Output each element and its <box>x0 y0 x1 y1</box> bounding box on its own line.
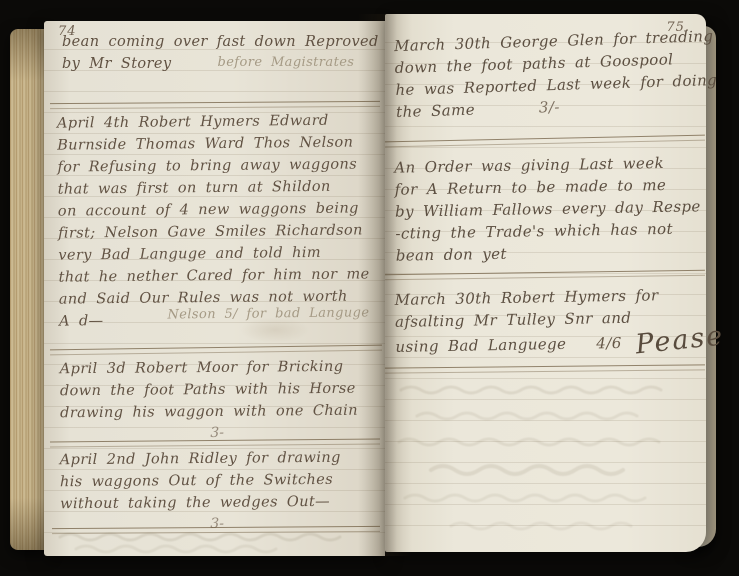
handwritten-line: using Bad Languege4/6Pease <box>395 327 724 355</box>
show-through-writing <box>391 378 701 548</box>
handwritten-line: his waggons Out of the Switches <box>60 469 341 493</box>
fine-amount: 4/6 <box>596 334 622 352</box>
handwritten-line: without taking the wedges Out— <box>60 491 341 515</box>
handwritten-line: bean coming over fast down Reproved <box>62 31 379 53</box>
handwritten-line: for Refusing to bring away waggons <box>57 153 368 178</box>
signature: Pease <box>635 325 726 356</box>
journal-page-75: 75. March 30th George Glen for treading … <box>385 14 706 552</box>
handwritten-line: that he nether Cared for him nor me <box>58 263 369 288</box>
handwritten-line: on account of 4 new waggons being <box>58 197 369 222</box>
journal-entry: March 30th Robert Hymers for afsalting M… <box>394 283 724 355</box>
handwritten-line: April 4th Robert Hymers Edward <box>57 109 368 134</box>
journal-page-74: 74 bean coming over fast down Reproved b… <box>44 21 385 556</box>
handwritten-line: April 3d Robert Moor for Bricking <box>60 356 358 381</box>
journal-entry: April 2nd John Ridley for drawing his wa… <box>60 447 342 535</box>
handwritten-line: by Mr Storeybefore Magistrates <box>62 53 379 75</box>
journal-entry: March 30th George Glen for treading down… <box>394 25 718 123</box>
page-edges-left-binding <box>10 29 48 550</box>
handwritten-line: April 2nd John Ridley for drawing <box>60 447 341 471</box>
handwritten-line: Burnside Thomas Ward Thos Nelson <box>57 131 368 156</box>
entry-divider-rule <box>385 270 705 280</box>
handwritten-text: using Bad Languege <box>395 335 566 356</box>
fine-amount: 3/- <box>539 98 560 117</box>
entry-divider-rule <box>385 364 705 373</box>
pencil-annotation: before Magistrates <box>217 55 354 70</box>
entry-divider-rule <box>385 135 705 148</box>
handwritten-line: very Bad Languge and told him <box>58 241 369 266</box>
open-journal-photograph: 74 bean coming over fast down Reproved b… <box>0 0 739 576</box>
handwritten-text: by Mr Storey <box>62 56 171 72</box>
journal-entry: April 3d Robert Moor for Bricking down t… <box>60 356 359 445</box>
handwritten-text: A d— <box>59 313 104 329</box>
entry-divider-rule <box>50 345 382 356</box>
handwritten-line: drawing his waggon with one Chain <box>60 400 358 425</box>
entry-divider-rule <box>52 526 380 534</box>
handwritten-text: the Same <box>396 101 475 121</box>
journal-entry: An Order was giving Last week for A Retu… <box>394 151 702 266</box>
handwritten-line: bean don yet <box>396 239 702 266</box>
handwritten-line: A d—Nelson 5/ for bad Languge <box>59 307 370 332</box>
journal-entry: April 4th Robert Hymers Edward Burnside … <box>57 109 370 332</box>
entry-divider-rule <box>50 101 380 109</box>
handwritten-line: first; Nelson Gave Smiles Richardson <box>58 219 369 244</box>
handwritten-line: down the foot Paths with his Horse <box>60 378 358 403</box>
journal-entry: bean coming over fast down Reproved by M… <box>62 31 379 75</box>
handwritten-line: that was first on turn at Shildon <box>58 175 369 200</box>
pencil-annotation: Nelson 5/ for bad Languge <box>167 305 369 322</box>
